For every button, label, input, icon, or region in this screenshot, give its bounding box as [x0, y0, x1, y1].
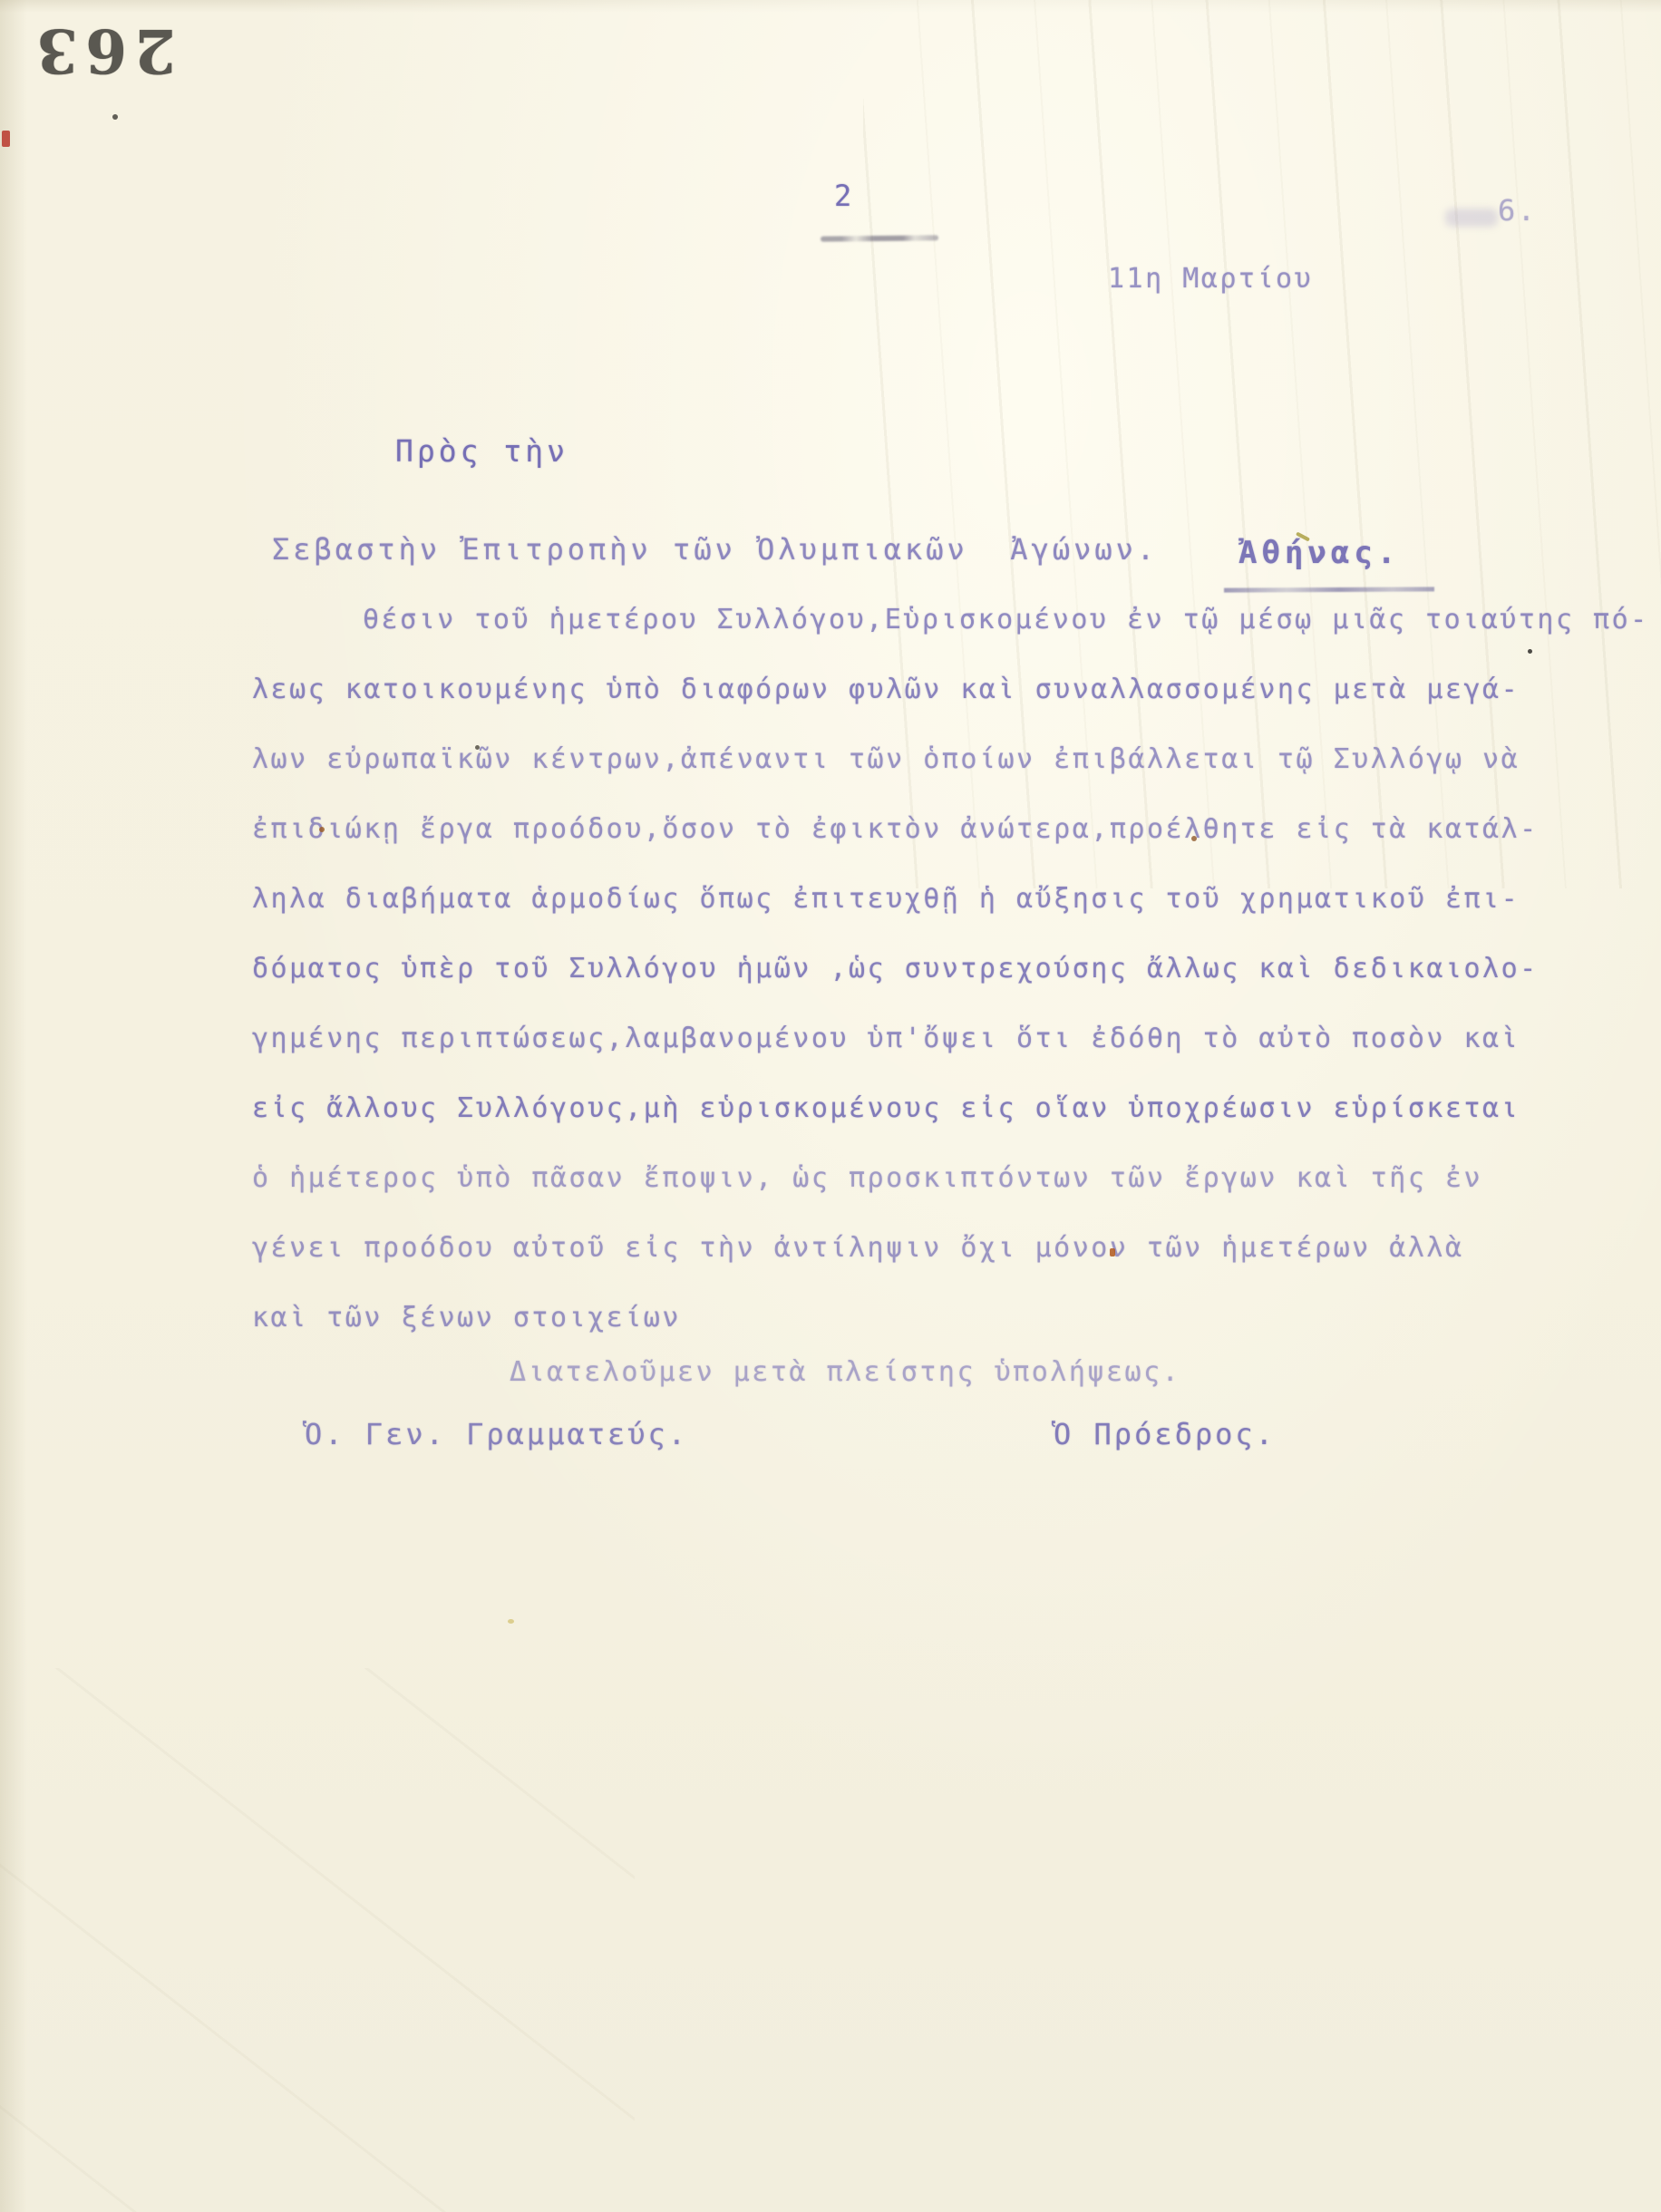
letter-year-fragment: 6.: [1498, 192, 1538, 228]
body-line: θέσιν τοῦ ἡμετέρου Συλλόγου,Εὑρισκομένου…: [252, 602, 1630, 638]
date-smudge: [1445, 209, 1498, 227]
body-line: λεως κατοικουμένης ὑπὸ διαφόρων φυλῶν κα…: [252, 672, 1630, 708]
city-underline: [1224, 587, 1434, 592]
letter-body: θέσιν τοῦ ἡμετέρου Συλλόγου,Εὑρισκομένου…: [252, 602, 1630, 1370]
signature-president: Ὁ Πρόεδρος.: [1054, 1416, 1276, 1452]
recipient-line-1: Πρὸς τὴν: [395, 433, 568, 470]
body-line: καὶ τῶν ξένων στοιχείων: [252, 1300, 1630, 1336]
paper-speck: [112, 114, 118, 120]
body-line: εἰς ἄλλους Συλλόγους,μὴ εὑρισκομένους εἰ…: [252, 1091, 1630, 1127]
recipient-city: Ἀθήνας.: [1238, 535, 1400, 571]
body-line: λων εὐρωπαϊκῶν κέντρων,ἀπέναντι τῶν ὁποί…: [252, 742, 1630, 778]
body-line: ὁ ἡμέτερος ὑπὸ πᾶσαν ἔποψιν, ὡς προσκιπτ…: [252, 1160, 1630, 1197]
paper-wrinkles-bottom: [0, 1668, 635, 2212]
page-number: 2: [834, 178, 854, 214]
signature-secretary: Ὁ. Γεν. Γραμματεύς.: [305, 1416, 688, 1452]
stamp-number: 263: [40, 11, 176, 91]
body-line: γημένης περιπτώσεως,λαμβανομένου ὑπ'ὄψει…: [252, 1021, 1630, 1057]
closing-line: Διατελοῦμεν μετὰ πλείστης ὑπολήψεως.: [510, 1354, 1180, 1391]
page-sheet: 263 2 11η Μαρτίου 6. Πρὸς τὴν Σεβαστὴν Ἐ…: [0, 0, 1661, 2212]
body-line: γένει προόδου αὐτοῦ εἰς τὴν ἀντίληψιν ὄχ…: [252, 1230, 1630, 1266]
body-line: ληλα διαβήματα ἁρμοδίως ὅπως ἐπιτευχθῇ ἡ…: [252, 881, 1630, 917]
body-line: δόματος ὑπὲρ τοῦ Συλλόγου ἡμῶν ,ὡς συντρ…: [252, 951, 1630, 987]
page-number-underline: [821, 235, 938, 241]
paper-speck: [508, 1619, 514, 1624]
letter-date: 11η Μαρτίου: [1108, 261, 1313, 297]
paper-speck: [2, 131, 10, 147]
recipient-line-2: Σεβαστὴν Ἐπιτροπὴν τῶν Ὀλυμπιακῶν Ἀγώνων…: [272, 531, 1158, 568]
body-line: ἐπιδιώκῃ ἔργα προόδου,ὅσον τὸ ἐφικτὸν ἀν…: [252, 811, 1630, 848]
